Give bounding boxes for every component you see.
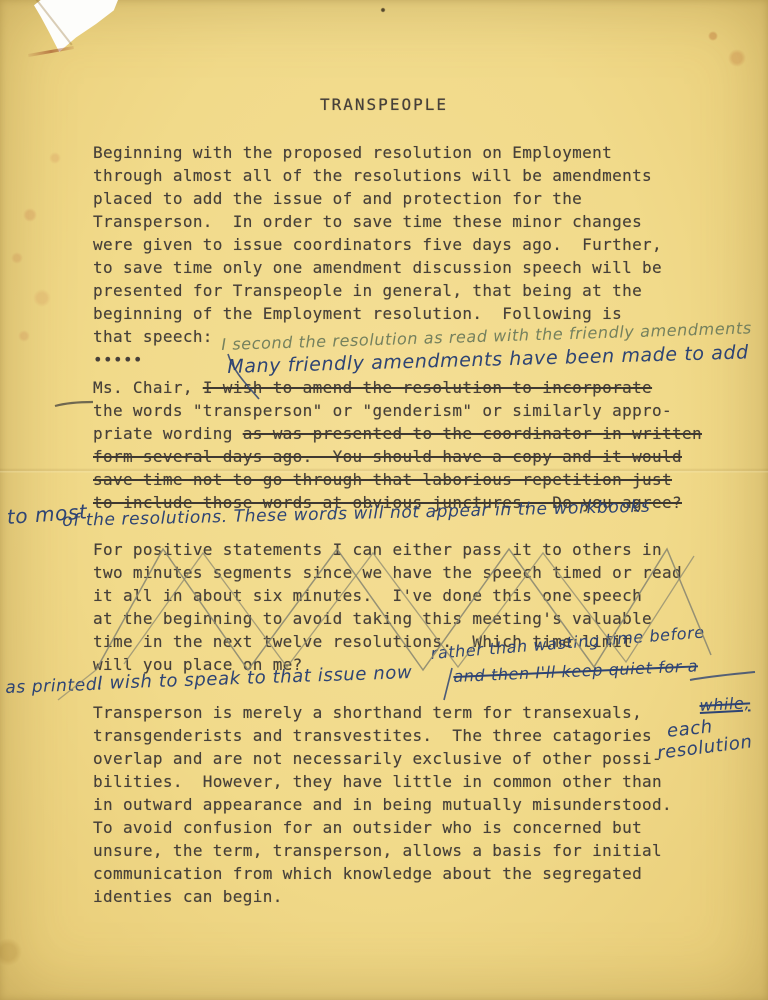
typed-line: save time not to go through that laborio… [93,468,753,491]
typed-line: communication from which knowledge about… [93,862,753,885]
typed-line: priate wording as was presented to the c… [93,422,753,445]
torn-corner [34,0,118,52]
typed-line: Beginning with the proposed resolution o… [93,141,753,164]
typed-line: overlap and are not necessarily exclusiv… [93,747,753,770]
paper-crack [28,46,74,57]
typed-line: form several days ago. You should have a… [93,445,753,468]
typed-line: it all in about six minutes. I've done t… [93,584,753,607]
typed-line: the words "transperson" or "genderism" o… [93,399,753,422]
scanned-document-page: TRANSPEOPLE Beginning with the proposed … [0,0,768,1000]
typed-line: To avoid confusion for an outsider who i… [93,816,753,839]
typed-line: Ms. Chair, I wish to amend the resolutio… [93,376,753,399]
typed-line: Transperson is merely a shorthand term f… [93,701,753,724]
margin-dash [55,402,93,406]
page-title: TRANSPEOPLE [0,95,768,114]
typed-line: Transperson. In order to save time these… [93,210,753,233]
handwritten-as-printed: as printed. [5,675,104,698]
typed-line: to save time only one amendment discussi… [93,256,753,279]
typed-line: were given to issue coordinators five da… [93,233,753,256]
typed-line: unsure, the term, transperson, allows a … [93,839,753,862]
handwritten-while-struck: while, [699,693,751,715]
typed-line: through almost all of the resolutions wi… [93,164,753,187]
typed-line: presented for Transpeople in general, th… [93,279,753,302]
typed-line: For positive statements I can either pas… [93,538,753,561]
typed-line: in outward appearance and in being mutua… [93,793,753,816]
typed-line: bilities. However, they have little in c… [93,770,753,793]
typed-line: identies can begin. [93,885,753,908]
typed-line: two minutes segments since we have the s… [93,561,753,584]
typed-line: transgenderists and transvestites. The t… [93,724,753,747]
typed-line: placed to add the issue of and protectio… [93,187,753,210]
